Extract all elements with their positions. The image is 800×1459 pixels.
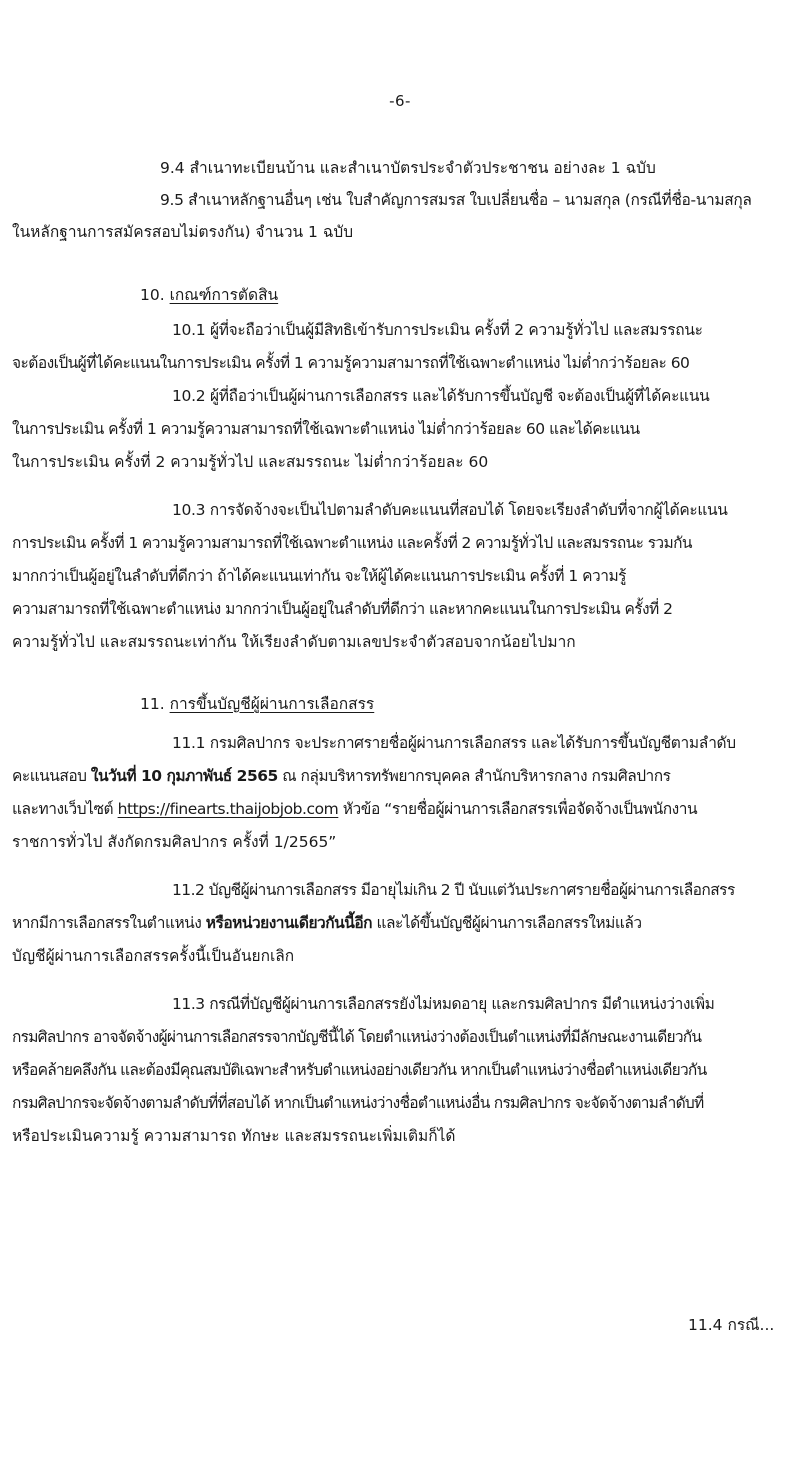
item-10-3-line3: มากกว่าเป็นผู้อยู่ในลำดับที่ดีกว่า ถ้าได…: [12, 566, 626, 586]
item-9-5-line2: ในหลักฐานการสมัครสอบไม่ตรงกัน) จำนวน 1 ฉ…: [12, 222, 353, 242]
item-11-2-line2-pre: หากมีการเลือกสรรในตำแหน่ง: [12, 914, 206, 932]
page-number: -6-: [0, 92, 800, 110]
item-11-2-line1: 11.2 บัญชีผู้ผ่านการเลือกสรร มีอายุไม่เก…: [172, 880, 735, 900]
section-10-heading: 10. เกณฑ์การตัดสิน: [140, 285, 278, 305]
item-11-2-line2: หากมีการเลือกสรรในตำแหน่ง หรือหน่วยงานเด…: [12, 913, 642, 933]
continuation-marker: 11.4 กรณี...: [688, 1312, 774, 1337]
item-11-2-emphasis: หรือหน่วยงานเดียวกันนี้อีก: [206, 914, 372, 932]
item-10-3-line5: ความรู้ทั่วไป และสมรรถนะเท่ากัน ให้เรียง…: [12, 632, 576, 652]
item-10-2-line3: ในการประเมิน ครั้งที่ 2 ความรู้ทั่วไป แล…: [12, 452, 488, 472]
item-11-3-line5: หรือประเมินความรู้ ความสามารถ ทักษะ และส…: [12, 1126, 456, 1146]
item-11-2-line2-post: และได้ขึ้นบัญชีผู้ผ่านการเลือกสรรใหม่แล้…: [372, 914, 642, 932]
item-11-3-line2: กรมศิลปากร อาจจัดจ้างผู้ผ่านการเลือกสรรจ…: [12, 1027, 701, 1047]
item-10-3-line1: 10.3 การจัดจ้างจะเป็นไปตามลำดับคะแนนที่ส…: [172, 500, 727, 520]
section-11-heading: 11. การขึ้นบัญชีผู้ผ่านการเลือกสรร: [140, 694, 374, 714]
item-11-1-line2-pre: คะแนนสอบ: [12, 767, 91, 785]
item-9-5-line1: 9.5 สำเนาหลักฐานอื่นๆ เช่น ใบสำคัญการสมร…: [160, 190, 752, 210]
item-11-1-line2: คะแนนสอบ ในวันที่ 10 กุมภาพันธ์ 2565 ณ ก…: [12, 766, 670, 786]
announcement-date: ในวันที่ 10 กุมภาพันธ์ 2565: [91, 767, 278, 785]
item-10-1-line2: จะต้องเป็นผู้ที่ได้คะแนนในการประเมิน ครั…: [12, 353, 689, 373]
section-10-number: 10.: [140, 286, 165, 304]
item-10-2-line2: ในการประเมิน ครั้งที่ 1 ความรู้ความสามาร…: [12, 419, 640, 439]
section-11-number: 11.: [140, 695, 165, 713]
item-9-4: 9.4 สำเนาทะเบียนบ้าน และสำเนาบัตรประจำตั…: [160, 158, 656, 178]
section-11-title: การขึ้นบัญชีผู้ผ่านการเลือกสรร: [170, 695, 375, 713]
item-11-3-line4: กรมศิลปากรจะจัดจ้างตามลำดับที่ที่สอบได้ …: [12, 1093, 703, 1113]
item-11-1-line3-post: หัวข้อ “รายชื่อผู้ผ่านการเลือกสรรเพื่อจั…: [338, 800, 697, 818]
item-10-3-line4: ความสามารถที่ใช้เฉพาะตำแหน่ง มากกว่าเป็น…: [12, 599, 672, 619]
item-11-1-line3: และทางเว็บไซต์ https://finearts.thaijobj…: [12, 799, 697, 819]
item-11-3-line1: 11.3 กรณีที่บัญชีผู้ผ่านการเลือกสรรยังไม…: [172, 994, 714, 1014]
item-10-2-line1: 10.2 ผู้ที่ถือว่าเป็นผู้ผ่านการเลือกสรร …: [172, 386, 709, 406]
item-11-1-line3-pre: และทางเว็บไซต์: [12, 800, 118, 818]
item-10-1-line1: 10.1 ผู้ที่จะถือว่าเป็นผู้มีสิทธิเข้ารับ…: [172, 320, 703, 340]
item-11-1-line2-post: ณ กลุ่มบริหารทรัพยากรบุคคล สำนักบริหารกล…: [278, 767, 671, 785]
item-11-3-line3: หรือคล้ายคลึงกัน และต้องมีคุณสมบัติเฉพาะ…: [12, 1060, 706, 1080]
item-10-3-line2: การประเมิน ครั้งที่ 1 ความรู้ความสามารถท…: [12, 533, 692, 553]
item-11-1-line4: ราชการทั่วไป สังกัดกรมศิลปากร ครั้งที่ 1…: [12, 832, 336, 852]
item-11-2-line3: บัญชีผู้ผ่านการเลือกสรรครั้งนี้เป็นอันยก…: [12, 946, 294, 966]
item-11-1-line1: 11.1 กรมศิลปากร จะประกาศรายชื่อผู้ผ่านกา…: [172, 733, 736, 753]
website-link[interactable]: https://finearts.thaijobjob.com: [118, 800, 339, 818]
section-10-title: เกณฑ์การตัดสิน: [170, 286, 279, 304]
